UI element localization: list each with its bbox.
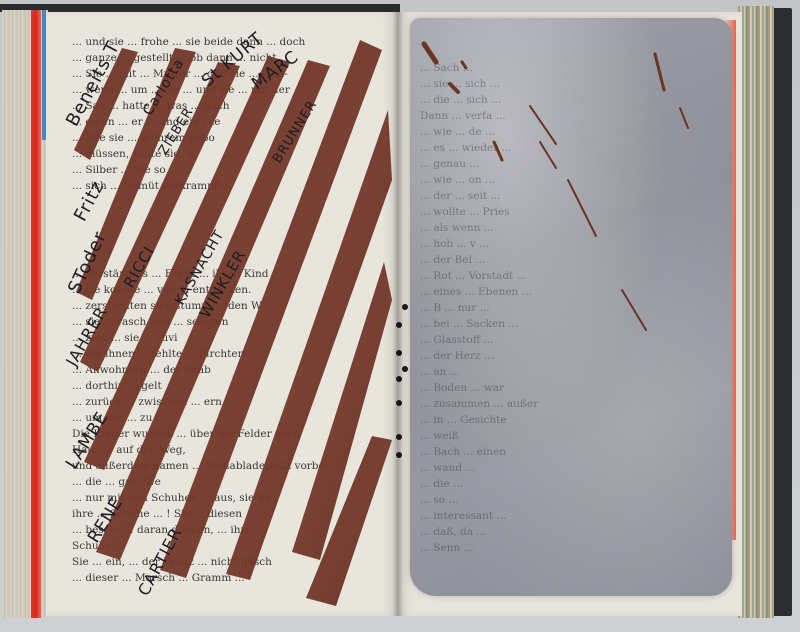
handwritten-name: ZIEBER bbox=[156, 105, 197, 158]
text-line: ... Boden ... war bbox=[420, 380, 720, 396]
text-line: ... Bach ... einen bbox=[420, 444, 720, 460]
text-line: ... hob ... v ... bbox=[420, 236, 720, 252]
text-line: ... Sach ... bbox=[420, 60, 720, 76]
handwritten-name: SToder bbox=[64, 228, 111, 297]
handwritten-name: LAMBE bbox=[62, 408, 113, 473]
text-line: ... der Herz ... bbox=[420, 348, 720, 364]
faded-printed-text: ... Sach ... ... sie ... sich ... ... di… bbox=[420, 60, 720, 556]
ink-dot bbox=[396, 452, 402, 458]
handwritten-name: MARC bbox=[248, 47, 303, 94]
text-line: ... weiß bbox=[420, 428, 720, 444]
text-line: ... der ... seit ... bbox=[420, 188, 720, 204]
text-line: ... B ... nur ... bbox=[420, 300, 720, 316]
text-line: ... die ... bbox=[420, 476, 720, 492]
text-line: ... eines ... Ebenen ... bbox=[420, 284, 720, 300]
text-line: ... die ... sich ... bbox=[420, 92, 720, 108]
ink-dot bbox=[402, 366, 408, 372]
text-line: ... in ... Gesichte bbox=[420, 412, 720, 428]
ink-dot bbox=[396, 350, 402, 356]
text-line: ... genau ... bbox=[420, 156, 720, 172]
ink-dot bbox=[396, 322, 402, 328]
ink-dot bbox=[396, 400, 402, 406]
text-line: ... an ... bbox=[420, 364, 720, 380]
altered-book-photo: ... und sie ... frohe ... sie beide dann… bbox=[0, 0, 800, 632]
text-line: ... wollte ... Pries bbox=[420, 204, 720, 220]
ink-dots-gutter bbox=[394, 300, 414, 460]
ink-dot bbox=[396, 434, 402, 440]
handwritten-name: RENE bbox=[84, 494, 127, 547]
text-line: ... zusammen ... außer bbox=[420, 396, 720, 412]
text-line: ... wand ... bbox=[420, 460, 720, 476]
handwritten-name: BRUNNER bbox=[270, 98, 320, 166]
ink-dot bbox=[402, 304, 408, 310]
text-line: Dann ... verfa ... bbox=[420, 108, 720, 124]
text-line: ... der Bel ... bbox=[420, 252, 720, 268]
handwritten-name: JAHRER bbox=[62, 303, 111, 369]
text-line: ... daß, da ... bbox=[420, 524, 720, 540]
text-line: ... Rot ... Vorstadt ... bbox=[420, 268, 720, 284]
text-line: ... sie ... sich ... bbox=[420, 76, 720, 92]
handwritten-name: Fritz bbox=[70, 177, 109, 225]
text-line: ... als wenn ... bbox=[420, 220, 720, 236]
text-line: ... wie ... on ... bbox=[420, 172, 720, 188]
handwritten-name: RICCI bbox=[120, 243, 158, 291]
text-line: ... wie ... de ... bbox=[420, 124, 720, 140]
text-line: ... bei ... Sacken ... bbox=[420, 316, 720, 332]
text-line: ... so ... bbox=[420, 492, 720, 508]
handwritten-name: CARTIER bbox=[134, 524, 186, 599]
text-line: ... es ... wieder ... bbox=[420, 140, 720, 156]
ink-dot bbox=[396, 376, 402, 382]
text-line: ... interessant ... bbox=[420, 508, 720, 524]
text-line: ... Glasstoff ... bbox=[420, 332, 720, 348]
handwritten-name: Beneits T bbox=[62, 38, 124, 130]
text-line: ... Senn ... bbox=[420, 540, 720, 556]
